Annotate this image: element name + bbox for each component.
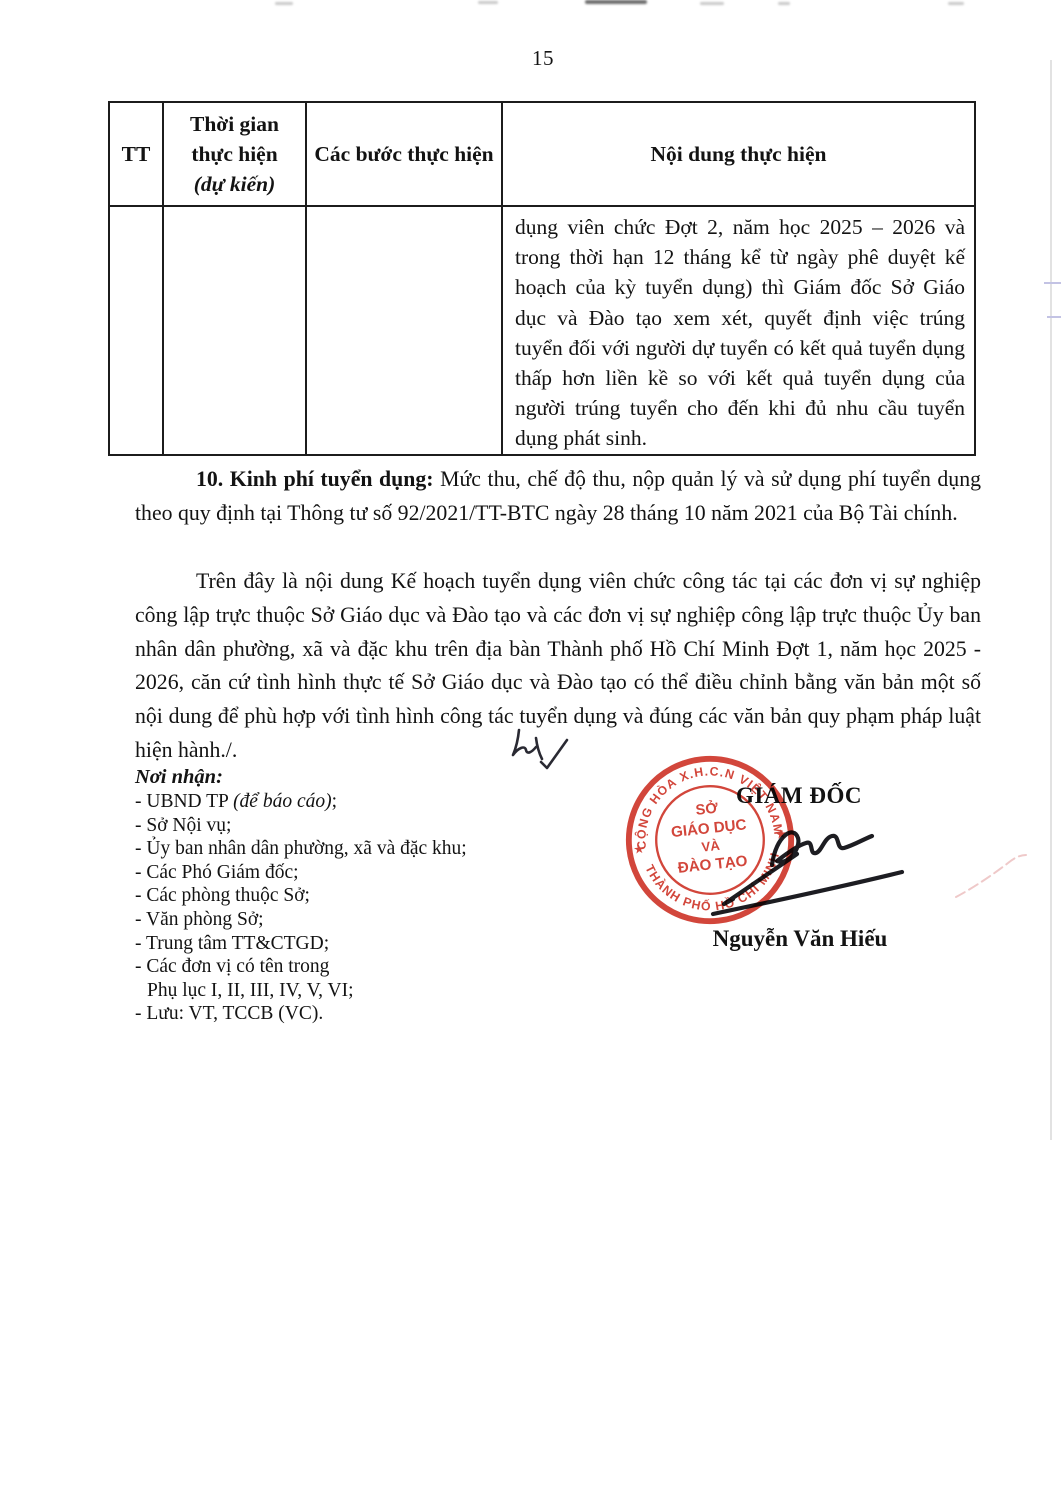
document-page: { "page_number": "15", "table": { "heade… [0,0,1061,1500]
recipient-item: - Các phòng thuộc Sở; [135,884,555,908]
table-row: dụng viên chức Đợt 2, năm học 2025 – 202… [109,206,975,455]
scan-artifact [275,2,293,5]
header-time: Thời gian thực hiện (dự kiến) [163,102,306,206]
recipients-block: Nơi nhận: - UBND TP (để báo cáo); - Sở N… [135,765,555,1026]
scan-artifact [585,0,647,4]
recipient-item: Phụ lục I, II, III, IV, V, VI; [135,979,555,1003]
recipient-item: - Sở Nội vụ; [135,814,555,838]
scan-artifact [1044,282,1061,284]
recipient-item: - UBND TP (để báo cáo); [135,790,555,814]
scan-artifact [1047,316,1061,318]
scan-artifact [478,1,498,4]
cell-content: dụng viên chức Đợt 2, năm học 2025 – 202… [502,206,975,455]
scan-artifact [950,845,1035,905]
header-time-sub: (dự kiến) [194,172,276,196]
table-header-row: TT Thời gian thực hiện (dự kiến) Các bướ… [109,102,975,206]
recipient-item: - Trung tâm TT&CTGD; [135,932,555,956]
recipients-label: Nơi nhận: [135,765,555,790]
section-10-label: 10. Kinh phí tuyển dụng: [196,467,434,491]
recipient-item: - Các Phó Giám đốc; [135,861,555,885]
recipient-item: - Ủy ban nhân dân phường, xã và đặc khu; [135,837,555,861]
page-number: 15 [493,46,593,71]
director-signature [600,715,930,935]
recipient-item: - Các đơn vị có tên trong [135,955,555,979]
header-steps: Các bước thực hiện [306,102,502,206]
paragraph-section-10: 10. Kinh phí tuyển dụng: Mức thu, chế độ… [135,463,981,531]
header-time-main: Thời gian thực hiện [190,112,279,166]
scan-artifact [700,2,724,5]
scan-artifact [948,2,964,5]
cell-steps [306,206,502,455]
header-content: Nội dung thực hiện [502,102,975,206]
recipient-item-italic: (để báo cáo) [233,791,332,812]
recipient-item-text: - UBND TP [135,791,233,812]
cell-content-text: dụng viên chức Đợt 2, năm học 2025 – 202… [503,207,974,454]
cell-tt [109,206,163,455]
handwritten-initials [505,718,585,778]
recipient-item-end: ; [332,791,337,812]
recipient-item: - Lưu: VT, TCCB (VC). [135,1002,555,1026]
scan-artifact [1050,60,1052,1140]
header-tt: TT [109,102,163,206]
scan-artifact [778,2,790,5]
cell-time [163,206,306,455]
plan-table: TT Thời gian thực hiện (dự kiến) Các bướ… [108,101,976,456]
recipient-item: - Văn phòng Sở; [135,908,555,932]
